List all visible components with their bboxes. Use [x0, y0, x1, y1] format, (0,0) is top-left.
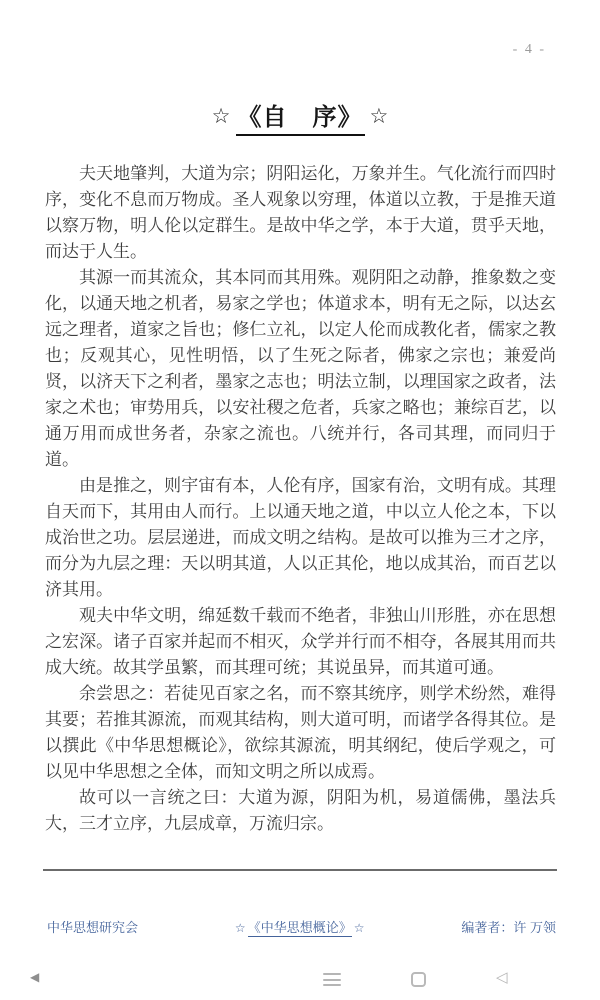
- menu-bar: [323, 979, 341, 981]
- footer-book-title: ☆《中华思想概论》☆: [233, 917, 367, 936]
- collapse-arrow-icon[interactable]: ◀: [30, 971, 39, 983]
- document-body: 夫天地肇判，大道为宗；阴阳运化，万象并生。气化流行而四时序，变化不息而万物成。圣…: [45, 161, 556, 837]
- page-number: - 4 -: [513, 42, 546, 58]
- footer-author: 编著者：许 万领: [461, 917, 556, 936]
- back-icon[interactable]: ◁: [496, 970, 508, 985]
- doc-title-text: 《自 序》: [236, 104, 365, 136]
- paragraph: 由是推之，则宇宙有本，人伦有序，国家有治，文明有成。其理自天而下，其用由人而行。…: [45, 473, 556, 603]
- paragraph: 余尝思之：若徒见百家之名，而不察其统序，则学术纷然，难得其要；若推其源流，而观其…: [45, 681, 556, 785]
- document-page: - 4 - ☆《自 序》☆ 夫天地肇判，大道为宗；阴阳运化，万象并生。气化流行而…: [0, 0, 600, 1000]
- paragraph: 观夫中华文明，绵延数千载而不绝者，非独山川形胜，亦在思想之宏深。诸子百家并起而不…: [45, 603, 556, 681]
- footer-book-title-text: 《中华思想概论》: [248, 920, 352, 937]
- home-icon[interactable]: [411, 972, 426, 987]
- menu-bar: [323, 984, 341, 986]
- doc-title: ☆《自 序》☆: [0, 96, 600, 133]
- paragraph: 夫天地肇判，大道为宗；阴阳运化，万象并生。气化流行而四时序，变化不息而万物成。圣…: [45, 161, 556, 265]
- paragraph: 其源一而其流众，其本同而其用殊。观阴阳之动静，推象数之变化，以通天地之机者，易家…: [45, 265, 556, 473]
- menu-icon[interactable]: [323, 973, 341, 986]
- star-icon: ☆: [352, 921, 367, 935]
- android-nav-bar: ◀ ◁: [0, 960, 600, 1000]
- star-icon: ☆: [365, 105, 394, 128]
- footer-divider: [43, 869, 557, 871]
- menu-bar: [323, 973, 341, 975]
- star-icon: ☆: [207, 105, 236, 128]
- page-footer: 中华思想研究会 ☆《中华思想概论》☆ 编著者：许 万领: [47, 917, 556, 936]
- footer-organization: 中华思想研究会: [47, 917, 138, 936]
- star-icon: ☆: [233, 921, 248, 935]
- paragraph: 故可以一言统之曰：大道为源，阴阳为机，易道儒佛，墨法兵大，三才立序，九层成章，万…: [45, 785, 556, 837]
